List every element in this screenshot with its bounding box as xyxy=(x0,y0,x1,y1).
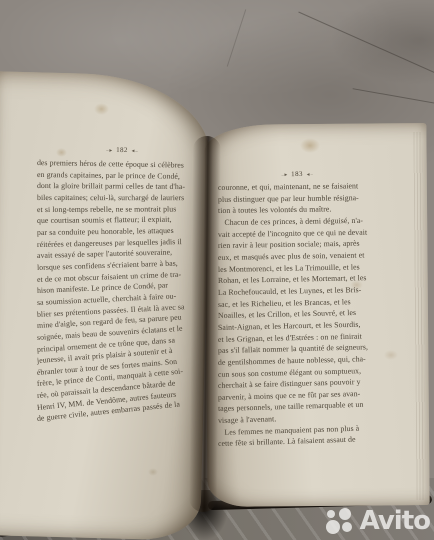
left-page-text: –► 182 ◄– des premiers héros de cette ép… xyxy=(37,146,207,425)
book-photo: –► 182 ◄– des premiers héros de cette ép… xyxy=(0,0,434,540)
header-ornament-icon: ◄– xyxy=(131,148,138,153)
page-number: 183 xyxy=(291,170,303,178)
page-number: 182 xyxy=(116,146,128,154)
avito-logo-icon xyxy=(326,508,355,534)
left-page-lines: des premiers héros de cette époque si cé… xyxy=(37,157,207,425)
header-ornament-icon: –► xyxy=(106,147,113,152)
foxing-stain xyxy=(94,103,109,115)
header-ornament-icon: –► xyxy=(281,172,288,177)
page-header-183: –► 183 ◄– xyxy=(218,169,376,179)
header-ornament-icon: ◄– xyxy=(306,171,313,176)
scratch-mark xyxy=(353,88,434,105)
right-page-text: –► 183 ◄– couronne, et qui, maintenant, … xyxy=(218,170,376,450)
text-line: biles capitaines; celui-là, surchargé de… xyxy=(37,192,207,204)
foxing-stain xyxy=(148,468,158,476)
right-page-lines: couronne, et qui, maintenant, ne se fais… xyxy=(218,182,376,450)
foxing-stain xyxy=(384,350,398,360)
watermark-brand-text: Avito xyxy=(360,507,430,535)
page-header-182: –► 182 ◄– xyxy=(37,145,207,156)
avito-watermark: Avito xyxy=(326,507,430,535)
scratch-mark xyxy=(298,12,434,74)
scratch-mark xyxy=(227,9,247,66)
foxing-stain xyxy=(300,138,320,153)
